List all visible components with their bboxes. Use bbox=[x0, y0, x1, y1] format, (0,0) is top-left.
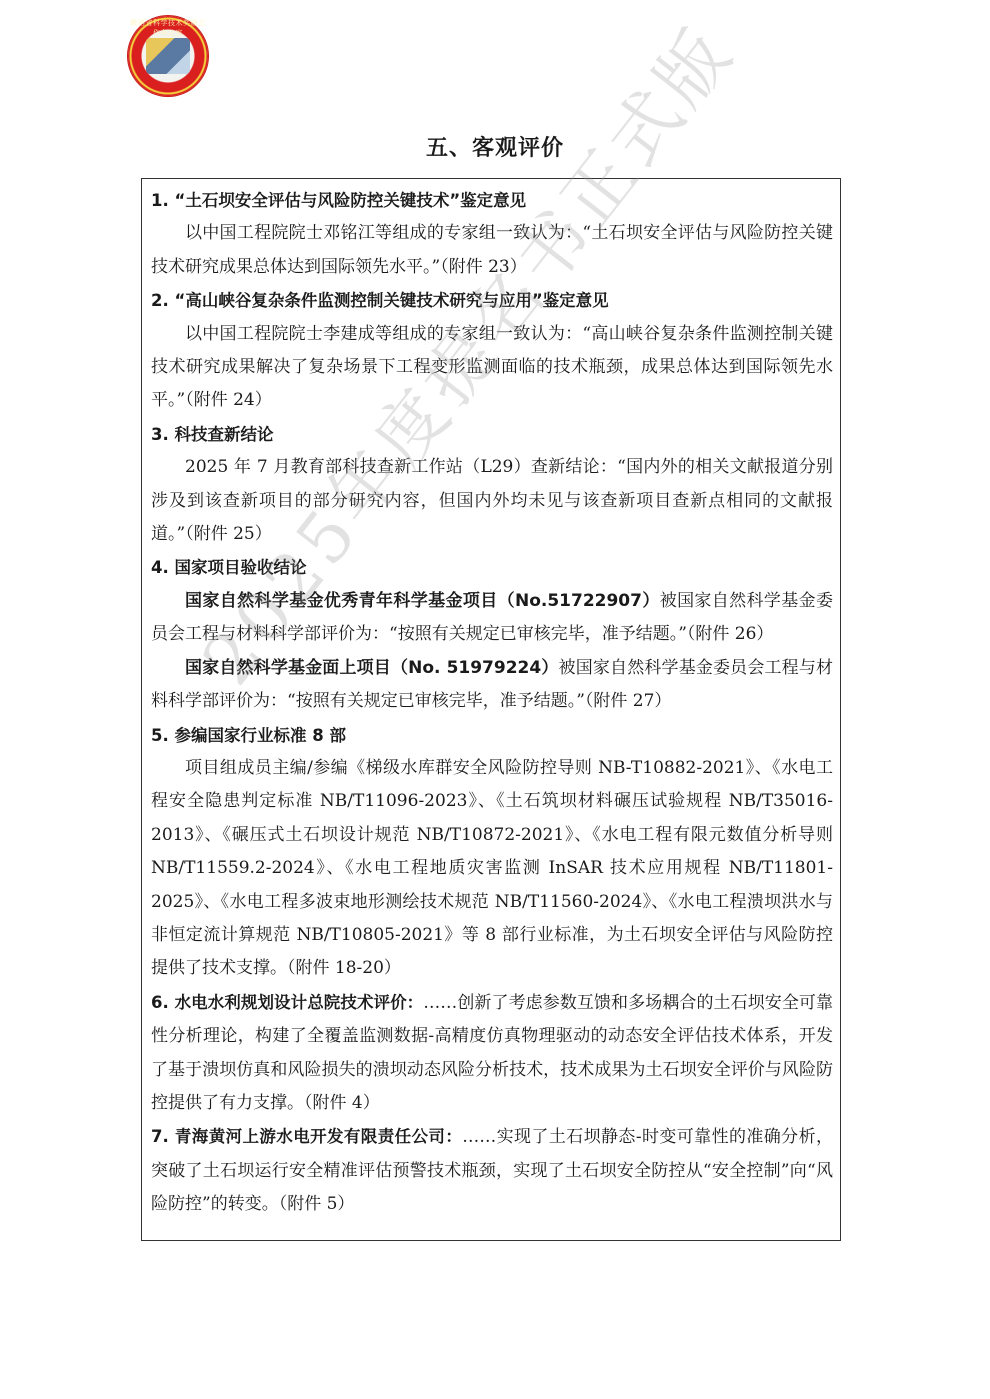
seal-emblem-icon bbox=[146, 38, 190, 74]
section-7: 7. 青海黄河上游水电开发有限责任公司：……实现了土石坝静态-时变可靠性的准确分… bbox=[151, 1120, 833, 1221]
section-heading-4: 4. 国家项目验收结论 bbox=[151, 551, 833, 584]
project-item-2: 国家自然科学基金面上项目（No. 51979224）被国家自然科学基金委员会工程… bbox=[151, 652, 833, 719]
section-paragraph-2: 以中国工程院院士李建成等组成的专家组一致认为：“高山峡谷复杂条件监测控制关键技术… bbox=[151, 318, 833, 418]
section-heading-7: 7. 青海黄河上游水电开发有限责任公司： bbox=[151, 1127, 462, 1146]
organization-seal-logo: 陕西省科学技术奖励工作办公室 bbox=[128, 16, 208, 96]
section-paragraph-3: 2025 年 7 月教育部科技查新工作站（L29）查新结论：“国内外的相关文献报… bbox=[151, 451, 833, 551]
section-heading-1: 1. “土石坝安全评估与风险防控关键技术”鉴定意见 bbox=[151, 184, 833, 217]
section-heading-5: 5. 参编国家行业标准 8 部 bbox=[151, 719, 833, 752]
section-heading-2: 2. “高山峡谷复杂条件监测控制关键技术研究与应用”鉴定意见 bbox=[151, 284, 833, 317]
seal-ring-text: 陕西省科学技术奖励工作办公室 bbox=[128, 18, 208, 38]
page-title: 五、客观评价 bbox=[0, 131, 990, 162]
section-paragraph-1: 以中国工程院院士邓铭江等组成的专家组一致认为：“土石坝安全评估与风险防控关键技术… bbox=[151, 217, 833, 284]
section-6: 6. 水电水利规划设计总院技术评价：……创新了考虑参数互馈和多场耦合的土石坝安全… bbox=[151, 986, 833, 1121]
project-name-2: 国家自然科学基金面上项目（No. 51979224） bbox=[185, 658, 559, 678]
project-name-1: 国家自然科学基金优秀青年科学基金项目（No.51722907） bbox=[185, 591, 660, 611]
evaluation-content: 1. “土石坝安全评估与风险防控关键技术”鉴定意见 以中国工程院院士邓铭江等组成… bbox=[151, 184, 833, 1222]
section-heading-3: 3. 科技查新结论 bbox=[151, 418, 833, 451]
project-item-1: 国家自然科学基金优秀青年科学基金项目（No.51722907）被国家自然科学基金… bbox=[151, 585, 833, 652]
section-heading-6: 6. 水电水利规划设计总院技术评价： bbox=[151, 993, 423, 1012]
section-paragraph-5: 项目组成员主编/参编《梯级水库群安全风险防控导则 NB-T10882-2021》… bbox=[151, 752, 833, 986]
